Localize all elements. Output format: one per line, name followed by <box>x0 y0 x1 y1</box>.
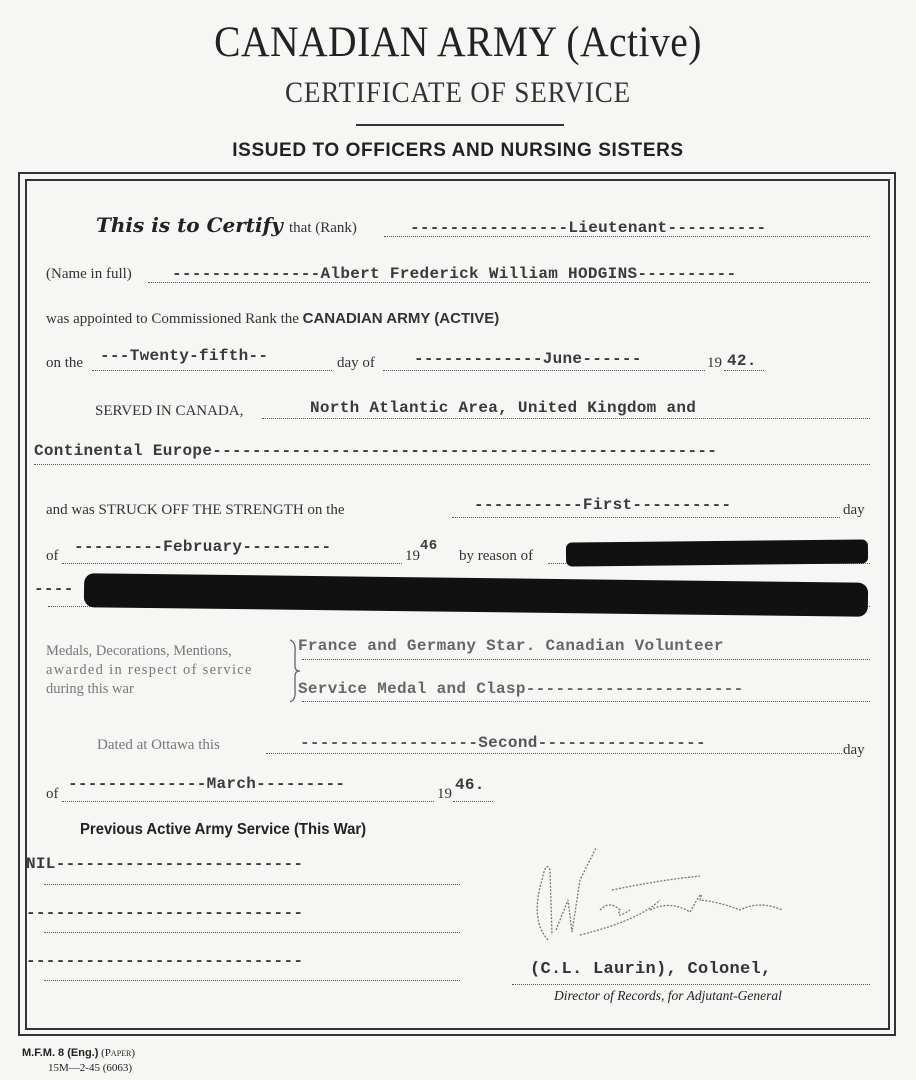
dated-year-dotted-line <box>453 801 493 802</box>
dated-month-dotted-line <box>62 801 434 802</box>
previous-service-line-2: ---------------------------- <box>26 904 303 922</box>
form-type: (Paper) <box>101 1047 135 1059</box>
previous-service-dotted-line-1 <box>44 884 460 885</box>
served-dotted-line-1 <box>262 418 870 419</box>
signer-name: (C.L. Laurin), Colonel, <box>530 960 772 979</box>
rank-label: that (Rank) <box>289 220 357 237</box>
struck-day-value: -----------First---------- <box>474 496 731 514</box>
dated-month-value: --------------March--------- <box>68 775 345 793</box>
served-label: SERVED IN CANADA, <box>95 403 243 420</box>
appointed-month-dotted-line <box>383 370 705 371</box>
medals-label: Medals, Decorations, Mentions, awarded i… <box>46 642 294 699</box>
appointed-text: was appointed to Commissioned Rank the C… <box>46 310 499 328</box>
medals-dotted-line-2 <box>302 701 870 702</box>
struck-year-value: 46 <box>420 538 437 554</box>
dated-label: Dated at Ottawa this <box>97 737 220 754</box>
signature-dotted-line <box>512 984 870 985</box>
previous-service-line-3: ---------------------------- <box>26 952 303 970</box>
dated-year-prefix: 19 <box>437 786 452 803</box>
appointed-day-dotted-line <box>92 370 332 371</box>
struck-year-prefix: 19 <box>405 548 420 565</box>
title-divider <box>356 124 564 126</box>
rank-value: ----------------Lieutenant---------- <box>410 219 766 237</box>
struck-day-suffix: day <box>843 502 865 519</box>
medals-label-line-1: Medals, Decorations, Mentions, <box>46 642 294 661</box>
appointed-label: was appointed to Commissioned Rank the <box>46 311 299 327</box>
previous-service-dotted-line-3 <box>44 980 460 981</box>
appointed-day-value: ---Twenty-fifth-- <box>100 347 268 365</box>
struck-month-value: ---------February--------- <box>74 538 331 556</box>
served-value-line-2: Continental Europe----------------------… <box>34 442 717 460</box>
certify-heading: This is to Certify <box>96 213 283 237</box>
reason-line-2-prefix: ---- <box>34 580 74 598</box>
reason-label: by reason of <box>459 548 533 565</box>
served-value-line-1: North Atlantic Area, United Kingdom and <box>310 399 696 417</box>
issued-to-heading: ISSUED TO OFFICERS AND NURSING SISTERS <box>0 140 916 162</box>
served-dotted-line-2 <box>34 464 870 465</box>
medals-value-line-1: France and Germany Star. Canadian Volunt… <box>298 637 724 655</box>
medals-value-line-2: Service Medal and Clasp-----------------… <box>298 680 744 698</box>
certificate-title: CANADIAN ARMY (Active) <box>37 18 880 67</box>
appointed-year-dotted-line <box>724 370 764 371</box>
previous-service-line-1: NIL------------------------- <box>26 855 303 873</box>
form-code-label: M.F.M. 8 (Eng.) <box>22 1047 98 1059</box>
previous-service-heading: Previous Active Army Service (This War) <box>80 821 366 839</box>
medals-label-line-2: awarded in respect of service <box>46 661 294 680</box>
name-value: ---------------Albert Frederick William … <box>172 265 736 283</box>
medals-label-line-3: during this war <box>46 680 294 699</box>
dated-day-suffix: day <box>843 742 865 759</box>
dated-of-label: of <box>46 786 59 803</box>
certificate-subtitle: CERTIFICATE OF SERVICE <box>46 76 870 110</box>
medals-dotted-line-1 <box>302 659 870 660</box>
dated-day-dotted-line <box>266 753 842 754</box>
form-code: M.F.M. 8 (Eng.) (Paper) <box>22 1047 135 1059</box>
appointed-year-prefix: 19 <box>707 355 722 372</box>
name-label: (Name in full) <box>46 266 132 283</box>
previous-service-dotted-line-2 <box>44 932 460 933</box>
signer-title: Director of Records, for Adjutant-Genera… <box>554 988 782 1004</box>
struck-of-label: of <box>46 548 59 565</box>
appointed-army-name: CANADIAN ARMY (ACTIVE) <box>303 310 500 327</box>
dated-day-value: ------------------Second----------------… <box>300 734 706 752</box>
day-of-label: day of <box>337 355 375 372</box>
signature-icon <box>520 840 800 950</box>
struck-day-dotted-line <box>452 517 840 518</box>
on-the-label: on the <box>46 355 83 372</box>
reason-redaction-1 <box>566 539 868 566</box>
print-code: 15M—2-45 (6063) <box>48 1062 132 1074</box>
appointed-year-value: 42. <box>727 352 757 370</box>
struck-month-dotted-line <box>62 563 402 564</box>
dated-year-value: 46. <box>455 776 485 794</box>
struck-off-label: and was STRUCK OFF THE STRENGTH on the <box>46 502 344 519</box>
appointed-month-value: -------------June------ <box>414 350 642 368</box>
